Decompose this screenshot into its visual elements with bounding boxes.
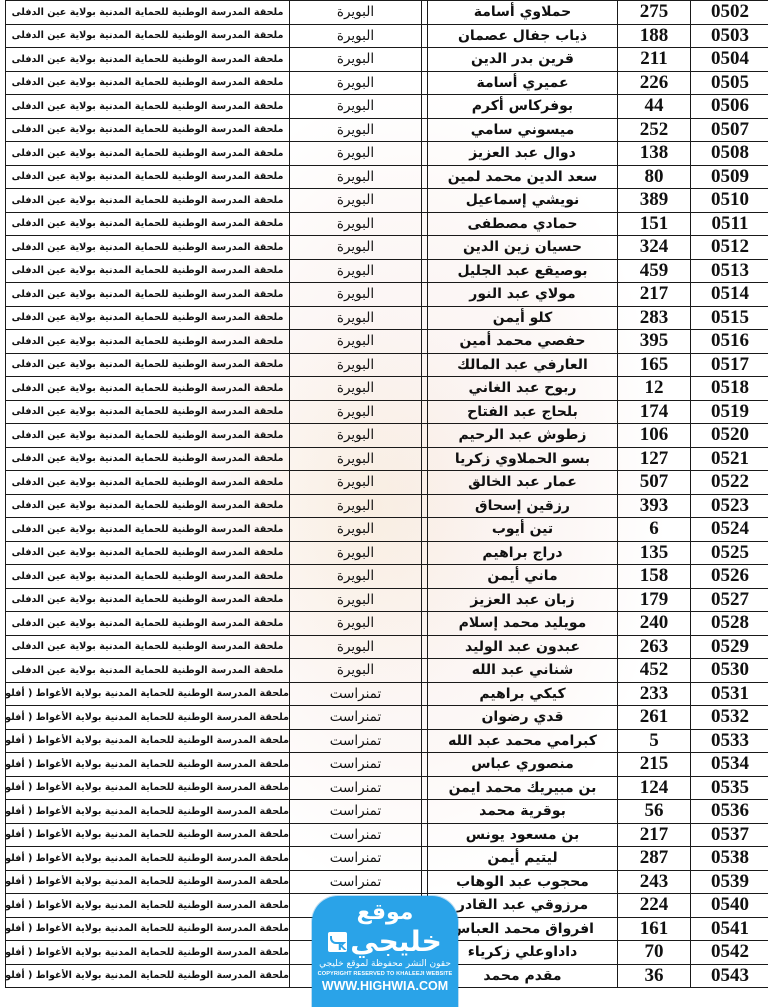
wilaya-cell: البويرة [290,118,422,142]
table-row: 0535 124 بن مبيريك محمد ايمن تمنراست ملح… [6,776,768,800]
column-gap [422,753,428,777]
table-row: 0520 106 زطوش عبد الرحيم البويرة ملحقة ا… [6,424,768,448]
watermark-rights-english: COPYRIGHT RESERVED TO KHALEEJI WEBSITE [312,970,458,978]
training-annex-cell: ملحقة المدرسة الوطنية للحماية المدنية بو… [6,894,290,918]
wilaya-cell: البويرة [290,71,422,95]
training-annex-cell: ملحقة المدرسة الوطنية للحماية المدنية بو… [6,447,290,471]
candidate-name-cell: شناني عبد الله [428,659,618,683]
candidate-id-cell: 0511 [691,212,768,236]
candidate-number-cell: 275 [618,1,691,25]
candidate-name-cell: ذياب جفال عصمان [428,24,618,48]
candidate-id-cell: 0513 [691,259,768,283]
wilaya-cell: البويرة [290,565,422,589]
candidate-number-cell: 217 [618,823,691,847]
column-gap [422,729,428,753]
candidate-name-cell: بن مسعود يونس [428,823,618,847]
candidate-name-cell: نويشي إسماعيل [428,189,618,213]
candidate-number-cell: 44 [618,95,691,119]
candidate-number-cell: 151 [618,212,691,236]
candidate-number-cell: 165 [618,353,691,377]
khaleeji-watermark-badge: موقع خليجي K حقون النشر محفوظة لموقع خلي… [312,896,458,1007]
candidate-name-cell: منصوري عباس [428,753,618,777]
candidate-name-cell: قرين بدر الدين [428,48,618,72]
khaleeji-logo-icon: K [328,932,347,952]
column-gap [422,71,428,95]
candidate-number-cell: 161 [618,917,691,941]
candidate-number-cell: 36 [618,964,691,988]
column-gap [422,48,428,72]
training-annex-cell: ملحقة المدرسة الوطنية للحماية المدنية بو… [6,471,290,495]
wilaya-cell: البويرة [290,259,422,283]
wilaya-cell: تمنراست [290,729,422,753]
column-gap [422,870,428,894]
wilaya-cell: تمنراست [290,776,422,800]
candidate-number-cell: 283 [618,306,691,330]
column-gap [422,565,428,589]
candidate-name-cell: بسو الحملاوي زكريا [428,447,618,471]
wilaya-cell: البويرة [290,236,422,260]
candidate-id-cell: 0523 [691,494,768,518]
candidate-number-cell: 12 [618,377,691,401]
candidate-number-cell: 217 [618,283,691,307]
table-row: 0529 263 عبدون عبد الوليد البويرة ملحقة … [6,635,768,659]
table-row: 0536 56 بوقرية محمد تمنراست ملحقة المدرس… [6,800,768,824]
wilaya-cell: البويرة [290,353,422,377]
candidate-id-cell: 0531 [691,682,768,706]
watermark-brand-text: خليجي [350,926,442,958]
candidate-id-cell: 0540 [691,894,768,918]
table-row: 0506 44 بوفركاس أكرم البويرة ملحقة المدر… [6,95,768,119]
candidate-id-cell: 0535 [691,776,768,800]
watermark-site-label: موقع [312,900,458,926]
training-annex-cell: ملحقة المدرسة الوطنية للحماية المدنية بو… [6,941,290,965]
wilaya-cell: البويرة [290,612,422,636]
candidate-number-cell: 70 [618,941,691,965]
wilaya-cell: البويرة [290,447,422,471]
training-annex-cell: ملحقة المدرسة الوطنية للحماية المدنية بو… [6,236,290,260]
candidate-number-cell: 6 [618,518,691,542]
training-annex-cell: ملحقة المدرسة الوطنية للحماية المدنية بو… [6,494,290,518]
table-row: 0531 233 كيكي براهيم تمنراست ملحقة المدر… [6,682,768,706]
table-row: 0512 324 حسيان زين الدين البويرة ملحقة ا… [6,236,768,260]
candidate-name-cell: رزقين إسحاق [428,494,618,518]
table-row: 0513 459 بوصيقع عبد الجليل البويرة ملحقة… [6,259,768,283]
candidate-number-cell: 179 [618,588,691,612]
candidate-id-cell: 0502 [691,1,768,25]
table-row: 0526 158 ماني أيمن البويرة ملحقة المدرسة… [6,565,768,589]
watermark-brand: خليجي K [312,926,458,958]
candidate-id-cell: 0522 [691,471,768,495]
training-annex-cell: ملحقة المدرسة الوطنية للحماية المدنية بو… [6,870,290,894]
candidate-name-cell: ليتيم أيمن [428,847,618,871]
wilaya-cell: تمنراست [290,800,422,824]
candidate-id-cell: 0530 [691,659,768,683]
table-row: 0528 240 مويليد محمد إسلام البويرة ملحقة… [6,612,768,636]
candidate-name-cell: بوفركاس أكرم [428,95,618,119]
table-row: 0534 215 منصوري عباس تمنراست ملحقة المدر… [6,753,768,777]
wilaya-cell: البويرة [290,659,422,683]
wilaya-cell: تمنراست [290,753,422,777]
training-annex-cell: ملحقة المدرسة الوطنية للحماية المدنية بو… [6,612,290,636]
wilaya-cell: البويرة [290,283,422,307]
candidate-name-cell: زبان عبد العزيز [428,588,618,612]
candidate-id-cell: 0532 [691,706,768,730]
candidate-number-cell: 211 [618,48,691,72]
column-gap [422,471,428,495]
training-annex-cell: ملحقة المدرسة الوطنية للحماية المدنية بو… [6,823,290,847]
table-row: 0503 188 ذياب جفال عصمان البويرة ملحقة ا… [6,24,768,48]
training-annex-cell: ملحقة المدرسة الوطنية للحماية المدنية بو… [6,400,290,424]
training-annex-cell: ملحقة المدرسة الوطنية للحماية المدنية بو… [6,330,290,354]
watermark-rights-arabic: حقون النشر محفوظة لموقع خليجي [312,958,458,970]
candidate-number-cell: 135 [618,541,691,565]
candidate-number-cell: 80 [618,165,691,189]
wilaya-cell: البويرة [290,494,422,518]
training-annex-cell: ملحقة المدرسة الوطنية للحماية المدنية بو… [6,565,290,589]
candidate-name-cell: حملاوي أسامة [428,1,618,25]
candidate-name-cell: ربوح عبد الغاني [428,377,618,401]
candidate-id-cell: 0542 [691,941,768,965]
column-gap [422,118,428,142]
table-row: 0504 211 قرين بدر الدين البويرة ملحقة ال… [6,48,768,72]
wilaya-cell: البويرة [290,24,422,48]
candidate-id-cell: 0519 [691,400,768,424]
candidate-number-cell: 174 [618,400,691,424]
candidate-id-cell: 0516 [691,330,768,354]
training-annex-cell: ملحقة المدرسة الوطنية للحماية المدنية بو… [6,189,290,213]
results-table: 0502 275 حملاوي أسامة البويرة ملحقة المد… [5,0,768,988]
column-gap [422,165,428,189]
table-row: 0521 127 بسو الحملاوي زكريا البويرة ملحق… [6,447,768,471]
candidate-number-cell: 452 [618,659,691,683]
training-annex-cell: ملحقة المدرسة الوطنية للحماية المدنية بو… [6,377,290,401]
wilaya-cell: تمنراست [290,847,422,871]
column-gap [422,142,428,166]
candidate-id-cell: 0510 [691,189,768,213]
candidate-id-cell: 0524 [691,518,768,542]
training-annex-cell: ملحقة المدرسة الوطنية للحماية المدنية بو… [6,659,290,683]
candidate-name-cell: بن مبيريك محمد ايمن [428,776,618,800]
candidate-id-cell: 0536 [691,800,768,824]
column-gap [422,635,428,659]
candidate-number-cell: 263 [618,635,691,659]
training-annex-cell: ملحقة المدرسة الوطنية للحماية المدنية بو… [6,847,290,871]
candidate-name-cell: بوصيقع عبد الجليل [428,259,618,283]
candidate-number-cell: 124 [618,776,691,800]
candidate-id-cell: 0506 [691,95,768,119]
table-row: 0508 138 دوال عبد العزيز البويرة ملحقة ا… [6,142,768,166]
candidate-name-cell: حفصي محمد أمين [428,330,618,354]
candidate-id-cell: 0537 [691,823,768,847]
column-gap [422,612,428,636]
table-row: 0532 261 قدي رضوان تمنراست ملحقة المدرسة… [6,706,768,730]
training-annex-cell: ملحقة المدرسة الوطنية للحماية المدنية بو… [6,588,290,612]
candidate-name-cell: مويليد محمد إسلام [428,612,618,636]
candidate-name-cell: سعد الدين محمد لمين [428,165,618,189]
candidate-id-cell: 0526 [691,565,768,589]
training-annex-cell: ملحقة المدرسة الوطنية للحماية المدنية بو… [6,635,290,659]
candidate-name-cell: زطوش عبد الرحيم [428,424,618,448]
candidate-id-cell: 0543 [691,964,768,988]
training-annex-cell: ملحقة المدرسة الوطنية للحماية المدنية بو… [6,917,290,941]
candidate-name-cell: كيكي براهيم [428,682,618,706]
wilaya-cell: البويرة [290,48,422,72]
candidate-id-cell: 0521 [691,447,768,471]
table-row: 0510 389 نويشي إسماعيل البويرة ملحقة الم… [6,189,768,213]
column-gap [422,682,428,706]
candidate-number-cell: 395 [618,330,691,354]
candidate-id-cell: 0507 [691,118,768,142]
training-annex-cell: ملحقة المدرسة الوطنية للحماية المدنية بو… [6,118,290,142]
table-row: 0523 393 رزقين إسحاق البويرة ملحقة المدر… [6,494,768,518]
training-annex-cell: ملحقة المدرسة الوطنية للحماية المدنية بو… [6,424,290,448]
table-row: 0525 135 دراج براهيم البويرة ملحقة المدر… [6,541,768,565]
candidate-number-cell: 138 [618,142,691,166]
column-gap [422,306,428,330]
column-gap [422,95,428,119]
table-row: 0517 165 العارفي عبد المالك البويرة ملحق… [6,353,768,377]
training-annex-cell: ملحقة المدرسة الوطنية للحماية المدنية بو… [6,729,290,753]
table-row: 0514 217 مولاي عبد النور البويرة ملحقة ا… [6,283,768,307]
training-annex-cell: ملحقة المدرسة الوطنية للحماية المدنية بو… [6,48,290,72]
candidate-number-cell: 188 [618,24,691,48]
candidate-id-cell: 0528 [691,612,768,636]
candidate-id-cell: 0512 [691,236,768,260]
wilaya-cell: البويرة [290,95,422,119]
wilaya-cell: البويرة [290,377,422,401]
wilaya-cell: البويرة [290,1,422,25]
wilaya-cell: البويرة [290,588,422,612]
candidate-number-cell: 507 [618,471,691,495]
candidate-id-cell: 0515 [691,306,768,330]
wilaya-cell: البويرة [290,165,422,189]
training-annex-cell: ملحقة المدرسة الوطنية للحماية المدنية بو… [6,964,290,988]
candidate-number-cell: 224 [618,894,691,918]
candidate-id-cell: 0509 [691,165,768,189]
candidate-name-cell: عبدون عبد الوليد [428,635,618,659]
training-annex-cell: ملحقة المدرسة الوطنية للحماية المدنية بو… [6,682,290,706]
candidate-id-cell: 0538 [691,847,768,871]
candidate-number-cell: 287 [618,847,691,871]
column-gap [422,283,428,307]
table-row: 0524 6 تين أيوب البويرة ملحقة المدرسة ال… [6,518,768,542]
table-row: 0502 275 حملاوي أسامة البويرة ملحقة المد… [6,1,768,25]
column-gap [422,776,428,800]
candidate-number-cell: 324 [618,236,691,260]
candidate-number-cell: 389 [618,189,691,213]
candidate-id-cell: 0533 [691,729,768,753]
training-annex-cell: ملحقة المدرسة الوطنية للحماية المدنية بو… [6,259,290,283]
results-table-body: 0502 275 حملاوي أسامة البويرة ملحقة المد… [6,1,768,988]
column-gap [422,823,428,847]
training-annex-cell: ملحقة المدرسة الوطنية للحماية المدنية بو… [6,706,290,730]
table-row: 0518 12 ربوح عبد الغاني البويرة ملحقة ال… [6,377,768,401]
training-annex-cell: ملحقة المدرسة الوطنية للحماية المدنية بو… [6,71,290,95]
table-row: 0519 174 بلحاج عبد الفتاح البويرة ملحقة … [6,400,768,424]
table-row: 0538 287 ليتيم أيمن تمنراست ملحقة المدرس… [6,847,768,871]
candidate-id-cell: 0518 [691,377,768,401]
training-annex-cell: ملحقة المدرسة الوطنية للحماية المدنية بو… [6,95,290,119]
training-annex-cell: ملحقة المدرسة الوطنية للحماية المدنية بو… [6,306,290,330]
watermark-url: WWW.HIGHWIA.COM [312,978,458,994]
column-gap [422,541,428,565]
candidate-name-cell: تين أيوب [428,518,618,542]
table-row: 0530 452 شناني عبد الله البويرة ملحقة ال… [6,659,768,683]
wilaya-cell: البويرة [290,189,422,213]
training-annex-cell: ملحقة المدرسة الوطنية للحماية المدنية بو… [6,800,290,824]
candidate-name-cell: مولاي عبد النور [428,283,618,307]
candidate-name-cell: حسيان زين الدين [428,236,618,260]
candidate-number-cell: 459 [618,259,691,283]
candidate-name-cell: ميسوني سامي [428,118,618,142]
candidate-name-cell: حمادي مصطفى [428,212,618,236]
candidate-id-cell: 0539 [691,870,768,894]
column-gap [422,212,428,236]
candidate-name-cell: العارفي عبد المالك [428,353,618,377]
candidate-number-cell: 215 [618,753,691,777]
column-gap [422,353,428,377]
candidate-name-cell: بوقرية محمد [428,800,618,824]
training-annex-cell: ملحقة المدرسة الوطنية للحماية المدنية بو… [6,776,290,800]
column-gap [422,400,428,424]
wilaya-cell: البويرة [290,518,422,542]
column-gap [422,447,428,471]
candidate-id-cell: 0529 [691,635,768,659]
wilaya-cell: البويرة [290,400,422,424]
table-row: 0522 507 عمار عبد الخالق البويرة ملحقة ا… [6,471,768,495]
wilaya-cell: تمنراست [290,823,422,847]
column-gap [422,24,428,48]
training-annex-cell: ملحقة المدرسة الوطنية للحماية المدنية بو… [6,212,290,236]
candidate-number-cell: 106 [618,424,691,448]
column-gap [422,377,428,401]
candidate-number-cell: 5 [618,729,691,753]
candidate-number-cell: 243 [618,870,691,894]
wilaya-cell: البويرة [290,330,422,354]
candidate-name-cell: بلحاج عبد الفتاح [428,400,618,424]
candidate-name-cell: كلو أيمن [428,306,618,330]
candidate-number-cell: 226 [618,71,691,95]
candidate-id-cell: 0525 [691,541,768,565]
training-annex-cell: ملحقة المدرسة الوطنية للحماية المدنية بو… [6,283,290,307]
column-gap [422,1,428,25]
candidate-name-cell: محجوب عبد الوهاب [428,870,618,894]
candidate-id-cell: 0505 [691,71,768,95]
training-annex-cell: ملحقة المدرسة الوطنية للحماية المدنية بو… [6,753,290,777]
table-row: 0515 283 كلو أيمن البويرة ملحقة المدرسة … [6,306,768,330]
column-gap [422,424,428,448]
column-gap [422,189,428,213]
table-row: 0516 395 حفصي محمد أمين البويرة ملحقة ال… [6,330,768,354]
candidate-id-cell: 0527 [691,588,768,612]
training-annex-cell: ملحقة المدرسة الوطنية للحماية المدنية بو… [6,1,290,25]
table-row: 0537 217 بن مسعود يونس تمنراست ملحقة الم… [6,823,768,847]
candidate-name-cell: دراج براهيم [428,541,618,565]
column-gap [422,330,428,354]
candidate-id-cell: 0517 [691,353,768,377]
wilaya-cell: البويرة [290,471,422,495]
candidate-name-cell: ماني أيمن [428,565,618,589]
column-gap [422,847,428,871]
training-annex-cell: ملحقة المدرسة الوطنية للحماية المدنية بو… [6,353,290,377]
candidate-id-cell: 0504 [691,48,768,72]
table-row: 0505 226 عميري أسامة البويرة ملحقة المدر… [6,71,768,95]
table-row: 0533 5 كبرامي محمد عبد الله تمنراست ملحق… [6,729,768,753]
candidate-number-cell: 393 [618,494,691,518]
training-annex-cell: ملحقة المدرسة الوطنية للحماية المدنية بو… [6,518,290,542]
candidate-number-cell: 56 [618,800,691,824]
column-gap [422,236,428,260]
candidate-name-cell: كبرامي محمد عبد الله [428,729,618,753]
wilaya-cell: البويرة [290,212,422,236]
table-row: 0527 179 زبان عبد العزيز البويرة ملحقة ا… [6,588,768,612]
candidate-number-cell: 127 [618,447,691,471]
table-row: 0509 80 سعد الدين محمد لمين البويرة ملحق… [6,165,768,189]
column-gap [422,494,428,518]
wilaya-cell: البويرة [290,635,422,659]
table-row: 0539 243 محجوب عبد الوهاب تمنراست ملحقة … [6,870,768,894]
wilaya-cell: البويرة [290,306,422,330]
wilaya-cell: تمنراست [290,706,422,730]
column-gap [422,706,428,730]
candidate-name-cell: قدي رضوان [428,706,618,730]
column-gap [422,659,428,683]
candidate-number-cell: 261 [618,706,691,730]
candidate-id-cell: 0508 [691,142,768,166]
candidate-id-cell: 0520 [691,424,768,448]
wilaya-cell: تمنراست [290,682,422,706]
candidate-number-cell: 233 [618,682,691,706]
candidate-number-cell: 252 [618,118,691,142]
candidate-name-cell: عميري أسامة [428,71,618,95]
wilaya-cell: البويرة [290,424,422,448]
training-annex-cell: ملحقة المدرسة الوطنية للحماية المدنية بو… [6,165,290,189]
table-row: 0507 252 ميسوني سامي البويرة ملحقة المدر… [6,118,768,142]
wilaya-cell: البويرة [290,142,422,166]
column-gap [422,800,428,824]
candidate-id-cell: 0541 [691,917,768,941]
candidate-id-cell: 0534 [691,753,768,777]
column-gap [422,518,428,542]
column-gap [422,259,428,283]
wilaya-cell: تمنراست [290,870,422,894]
candidate-id-cell: 0514 [691,283,768,307]
candidate-number-cell: 158 [618,565,691,589]
candidate-name-cell: دوال عبد العزيز [428,142,618,166]
candidate-name-cell: عمار عبد الخالق [428,471,618,495]
training-annex-cell: ملحقة المدرسة الوطنية للحماية المدنية بو… [6,24,290,48]
column-gap [422,588,428,612]
training-annex-cell: ملحقة المدرسة الوطنية للحماية المدنية بو… [6,142,290,166]
training-annex-cell: ملحقة المدرسة الوطنية للحماية المدنية بو… [6,541,290,565]
wilaya-cell: البويرة [290,541,422,565]
candidate-number-cell: 240 [618,612,691,636]
candidate-id-cell: 0503 [691,24,768,48]
table-row: 0511 151 حمادي مصطفى البويرة ملحقة المدر… [6,212,768,236]
